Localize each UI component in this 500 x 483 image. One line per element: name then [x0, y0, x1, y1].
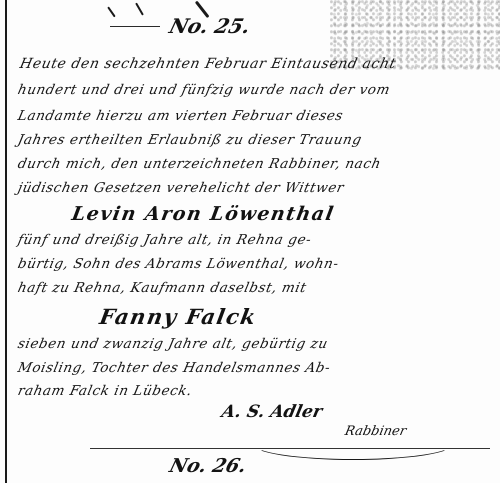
decorative-stroke	[107, 6, 116, 17]
body-line: Landamte hierzu am vierten Februar diese…	[16, 108, 344, 124]
body-line: Heute den sechzehnten Februar Eintausend…	[18, 56, 397, 72]
bride-line: Moisling, Tochter des Handelsmannes Ab-	[16, 360, 332, 376]
entry-separator	[90, 448, 490, 449]
signature-flourish	[252, 428, 454, 460]
bride-line: sieben und zwanzig Jahre alt, gebürtig z…	[16, 336, 329, 352]
entry-number-top: No. 25.	[167, 14, 253, 38]
groom-name: Levin Aron Löwenthal	[70, 203, 336, 225]
body-line: durch mich, den unterzeichneten Rabbiner…	[16, 156, 382, 172]
groom-line: haft zu Rehna, Kaufmann daselbst, mit	[16, 280, 308, 296]
bride-name: Fanny Falck	[98, 304, 259, 329]
body-line: jüdischen Gesetzen verehelicht der Wittw…	[16, 180, 345, 196]
left-margin-rule	[5, 0, 7, 483]
body-line: hundert und drei und fünfzig wurde nach …	[16, 82, 391, 98]
body-line: Jahres ertheilten Erlaubniß zu dieser Tr…	[16, 132, 363, 148]
register-page: No. 25. Heute den sechzehnten Februar Ei…	[0, 0, 500, 483]
decorative-stroke	[135, 3, 144, 16]
bride-line: raham Falck in Lübeck.	[16, 383, 193, 399]
dashed-rule	[110, 26, 160, 27]
groom-line: bürtig, Sohn des Abrams Löwenthal, wohn-	[16, 256, 340, 272]
signature-name: A. S. Adler	[220, 402, 324, 422]
entry-number-bottom: No. 26.	[167, 455, 249, 477]
groom-line: fünf und dreißig Jahre alt, in Rehna ge-	[16, 232, 313, 248]
